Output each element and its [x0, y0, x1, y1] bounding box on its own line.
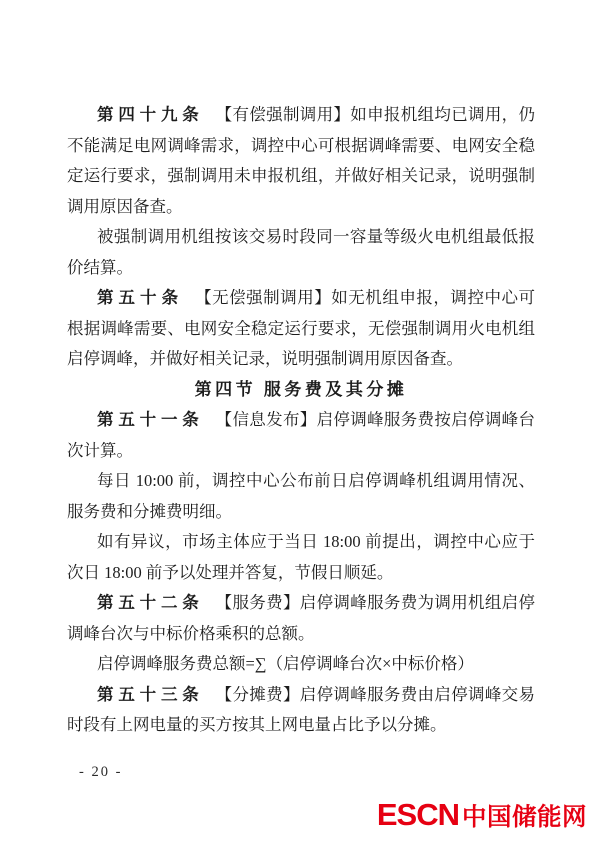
service-fee-formula: 启停调峰服务费总额=∑（启停调峰台次×中标价格） — [67, 649, 535, 680]
objection-paragraph: 如有异议，市场主体应于当日 18:00 前提出，调控中心应于次日 18:00 前… — [67, 527, 535, 588]
article-49-settlement-paragraph: 被强制调用机组按该交易时段同一容量等级火电机组最低报价结算。 — [67, 222, 535, 283]
article-53-number: 第五十三条 — [97, 685, 204, 704]
service-fee-formula-text: 启停调峰服务费总额=∑（启停调峰台次×中标价格） — [97, 654, 474, 673]
page-number: - 20 - — [79, 764, 122, 781]
article-53-paragraph: 第五十三条【分摊费】启停调峰服务费由启停调峰交易时段有上网电量的买方按其上网电量… — [67, 680, 535, 741]
article-50-paragraph: 第五十条【无偿强制调用】如无机组申报，调控中心可根据调峰需要、电网安全稳定运行要… — [67, 283, 535, 375]
article-49-paragraph: 第四十九条【有偿强制调用】如申报机组均已调用，仍不能满足电网调峰需求，调控中心可… — [67, 100, 535, 222]
article-50-number: 第五十条 — [97, 288, 183, 307]
escn-logo: ESCN 中国储能网 — [377, 797, 587, 833]
article-51-number: 第五十一条 — [97, 410, 204, 429]
objection-text: 如有异议，市场主体应于当日 18:00 前提出，调控中心应于次日 18:00 前… — [67, 532, 535, 582]
section-4-heading: 第四节 服务费及其分摊 — [67, 375, 535, 406]
article-49-settlement-text: 被强制调用机组按该交易时段同一容量等级火电机组最低报价结算。 — [67, 227, 535, 277]
escn-logo-chinese: 中国储能网 — [462, 798, 587, 833]
daily-disclosure-text: 每日 10:00 前，调控中心公布前日启停调峰机组调用情况、服务费和分摊费明细。 — [67, 471, 535, 521]
daily-disclosure-paragraph: 每日 10:00 前，调控中心公布前日启停调峰机组调用情况、服务费和分摊费明细。 — [67, 466, 535, 527]
article-52-paragraph: 第五十二条【服务费】启停调峰服务费为调用机组启停调峰台次与中标价格乘积的总额。 — [67, 588, 535, 649]
article-49-number: 第四十九条 — [97, 105, 204, 124]
article-52-number: 第五十二条 — [97, 593, 204, 612]
article-51-paragraph: 第五十一条【信息发布】启停调峰服务费按启停调峰台次计算。 — [67, 405, 535, 466]
escn-logo-latin: ESCN — [377, 797, 459, 833]
document-page: 第四十九条【有偿强制调用】如申报机组均已调用，仍不能满足电网调峰需求，调控中心可… — [67, 100, 535, 741]
